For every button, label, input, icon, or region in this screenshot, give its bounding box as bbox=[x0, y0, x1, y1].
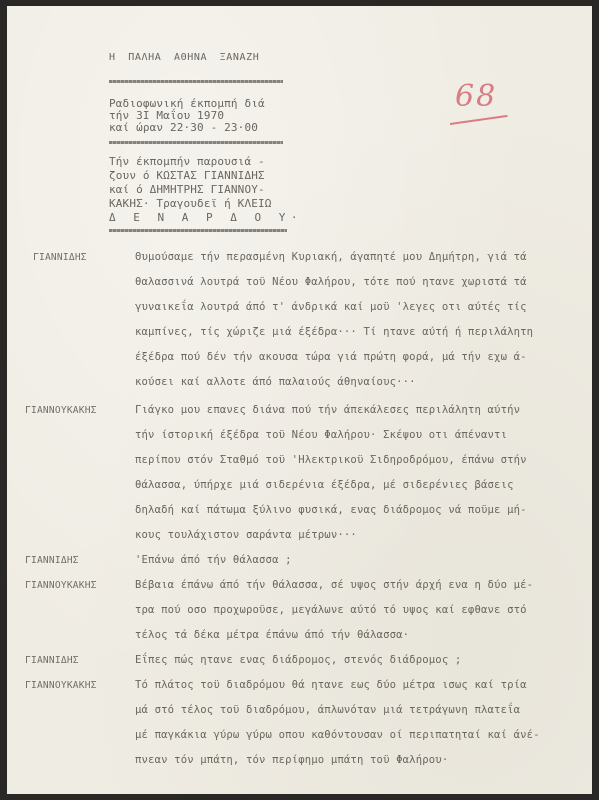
dialogue-line: Γιάγκο μου επανες διάνα πού τήν άπεκάλεσ… bbox=[135, 404, 520, 416]
dialogue-line: Τό πλάτος τοϋ διαδρόμου θά ητανε εως δύο… bbox=[135, 679, 527, 691]
dialogue-line: κούσει καί αλλοτε άπό παλαιούς άθηναίους… bbox=[135, 376, 416, 388]
dialogue-line: τρα πού οσο προχωροϋσε, μεγάλωνε αύτό τό… bbox=[135, 604, 527, 616]
dialogue-line: θάλασσα, ύπήρχε μιά σιδερένια έξέδρα, μέ… bbox=[135, 479, 514, 491]
presenters-line: ζουν ό ΚΩΣΤΑΣ ΓΙΑΝΝΙΔΗΣ bbox=[109, 169, 303, 183]
page-number-underline bbox=[450, 115, 508, 125]
speaker-label: ΓΙΑΝΝΙΔΗΣ bbox=[25, 555, 79, 566]
speaker-label: ΓΙΑΝΝΙΔΗΣ bbox=[33, 252, 87, 263]
dialogue-line: Θυμούσαμε τήν περασμένη Κυριακή, άγαπητέ… bbox=[135, 251, 527, 263]
handwritten-page-number: 68 bbox=[455, 79, 497, 114]
dialogue-line: Βέβαια έπάνω άπό τήν θάλασσα, σέ υψος στ… bbox=[135, 579, 533, 591]
dialogue-line: δηλαδή καί πάτωμα ξύλινο φυσικά, ενας δι… bbox=[135, 504, 527, 516]
dialogue-line: τέλος τά δέκα μέτρα έπάνω άπό τήν θάλασσ… bbox=[135, 629, 409, 641]
presenters-line: ΚΑΚΗΣ· Τραγουδεϊ ή ΚΛΕΙΩ bbox=[109, 197, 303, 211]
typewritten-page: Η ΠΑΛΗΑ ΑΘΗΝΑ ΞΑΝΑΖΗ Ραδιοφωνική έκπομπή… bbox=[7, 6, 592, 794]
dialogue-line: Εΐπες πώς ητανε ενας διάδρομος, στενός δ… bbox=[135, 654, 461, 666]
speaker-label: ΓΙΑΝΝΟΥΚΑΚΗΣ bbox=[25, 680, 97, 691]
document-title: Η ΠΑΛΗΑ ΑΘΗΝΑ ΞΑΝΑΖΗ bbox=[109, 52, 259, 63]
dialogue-line: καμπίνες, τίς χώριζε μιά έξέδρα··· Τί ητ… bbox=[135, 326, 533, 338]
presenters-separator bbox=[109, 229, 287, 232]
dialogue-line: μά στό τέλος τοϋ διαδρόμου, άπλωνόταν μι… bbox=[135, 704, 520, 716]
speaker-label: ΓΙΑΝΝΟΥΚΑΚΗΣ bbox=[25, 405, 97, 416]
dialogue-line: περίπου στόν Σταθμό τοϋ 'Ηλεκτρικοϋ Σιδη… bbox=[135, 454, 527, 466]
dialogue-line: πνεαν τόν μπάτη, τόν περίφημο μπάτη τοϋ … bbox=[135, 754, 448, 766]
presenters-line: Τήν έκπομπήν παρουσιά - bbox=[109, 155, 303, 169]
dialogue-line: τήν ίστορική έξέδρα τοϋ Νέου Φαλήρου· Σκ… bbox=[135, 429, 507, 441]
dialogue-line: μέ παγκάκια γύρω γύρω οπου καθόντουσαν ο… bbox=[135, 729, 540, 741]
dialogue-line: κους τουλάχιστον σαράντα μέτρων··· bbox=[135, 529, 357, 541]
dialogue-line: γυναικεΐα λουτρά άπό τ' άνδρικά καί μοϋ … bbox=[135, 301, 527, 313]
dialogue-line: 'Επάνω άπό τήν θάλασσα ; bbox=[135, 554, 292, 566]
speaker-label: ΓΙΑΝΝΙΔΗΣ bbox=[25, 655, 79, 666]
broadcast-info: Ραδιοφωνική έκπομπή διά τήν 3Ι Μαΐου 197… bbox=[109, 98, 265, 134]
presenters-line: καί ό ΔΗΜΗΤΡΗΣ ΓΙΑΝΝΟΥ- bbox=[109, 183, 303, 197]
dialogue-line: έξέδρα πού δέν τήν ακουσα τώρα γιά πρώτη… bbox=[135, 351, 527, 363]
dialogue-line: θαλασσινά λουτρά τοϋ Νέου Φαλήρου, τότε … bbox=[135, 276, 527, 288]
presenters-info: Τήν έκπομπήν παρουσιά - ζουν ό ΚΩΣΤΑΣ ΓΙ… bbox=[109, 155, 303, 225]
presenters-line: Δ Ε Ν Α Ρ Δ Ο Υ· bbox=[109, 211, 303, 225]
broadcast-line: καί ώραν 22·30 - 23·00 bbox=[109, 122, 265, 134]
title-separator bbox=[109, 80, 283, 83]
speaker-label: ΓΙΑΝΝΟΥΚΑΚΗΣ bbox=[25, 580, 97, 591]
broadcast-separator bbox=[109, 141, 283, 144]
